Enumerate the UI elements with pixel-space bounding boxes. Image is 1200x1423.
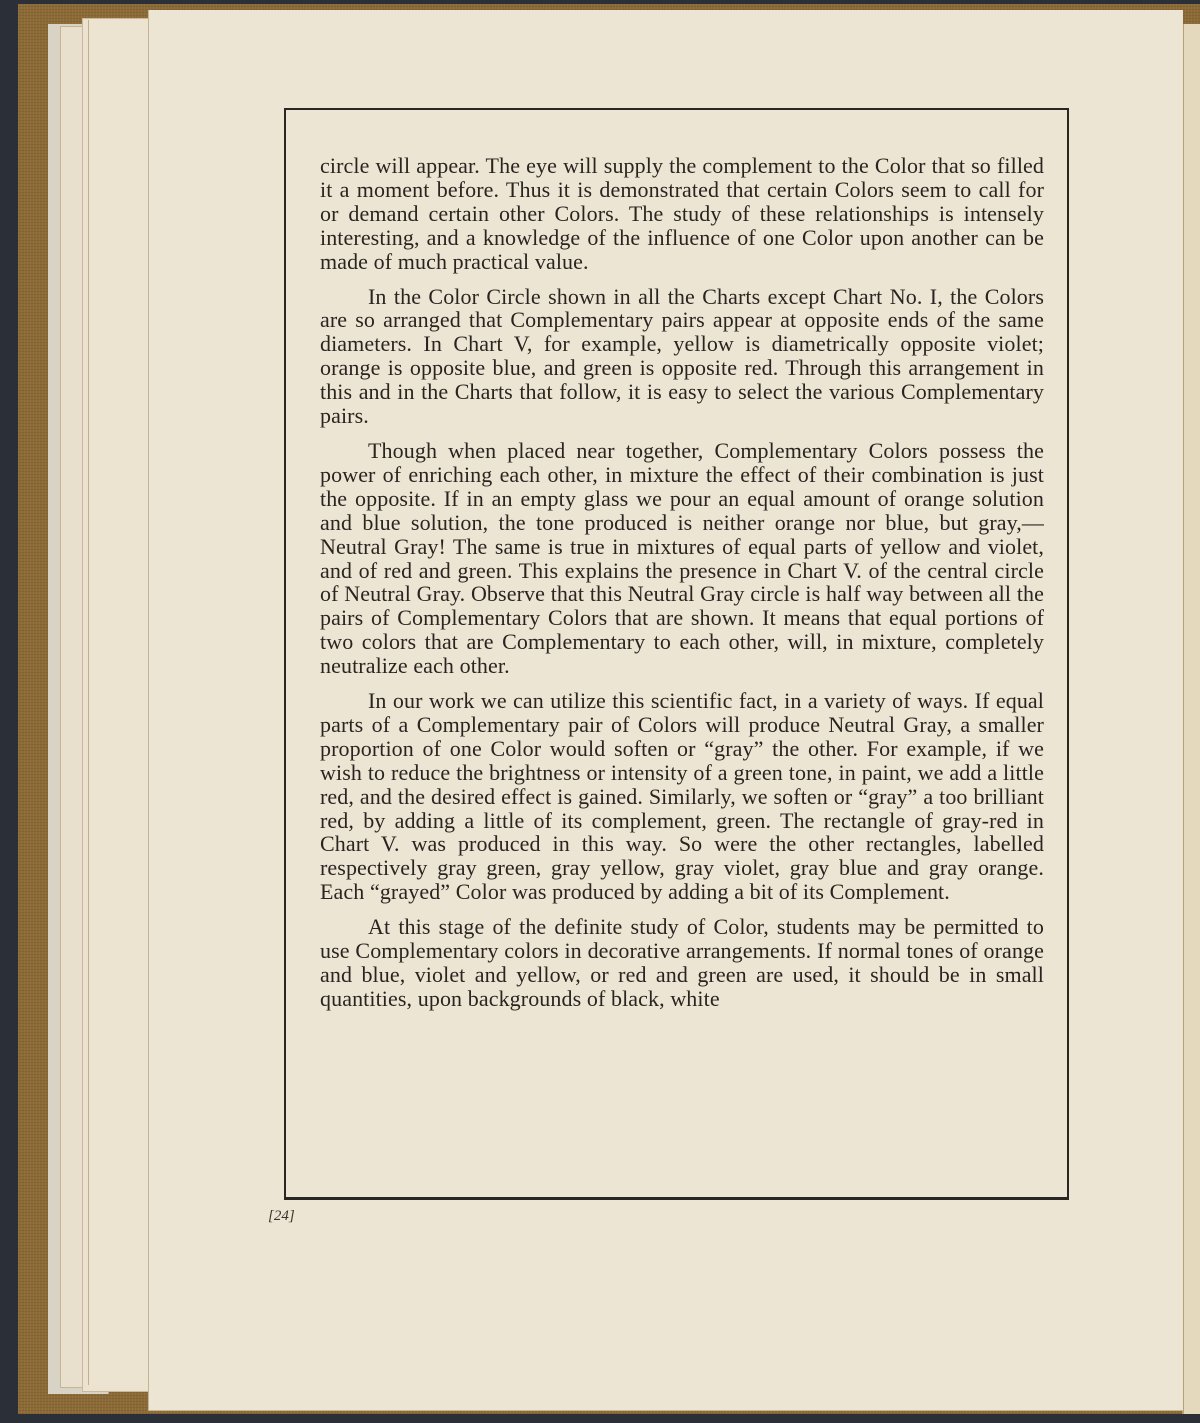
paragraph: circle will appear. The eye will supply … — [320, 154, 1044, 274]
body-text: circle will appear. The eye will supply … — [320, 154, 1044, 1022]
paragraph: At this stage of the definite study of C… — [320, 915, 1044, 1011]
paragraph: In the Color Circle shown in all the Cha… — [320, 285, 1044, 428]
page-edge — [88, 20, 152, 1385]
page-number: [24] — [268, 1208, 295, 1225]
facing-page-edge — [1182, 24, 1200, 1414]
paragraph: Though when placed near together, Comple… — [320, 439, 1044, 678]
paragraph: In our work we can utilize this scientif… — [320, 689, 1044, 904]
